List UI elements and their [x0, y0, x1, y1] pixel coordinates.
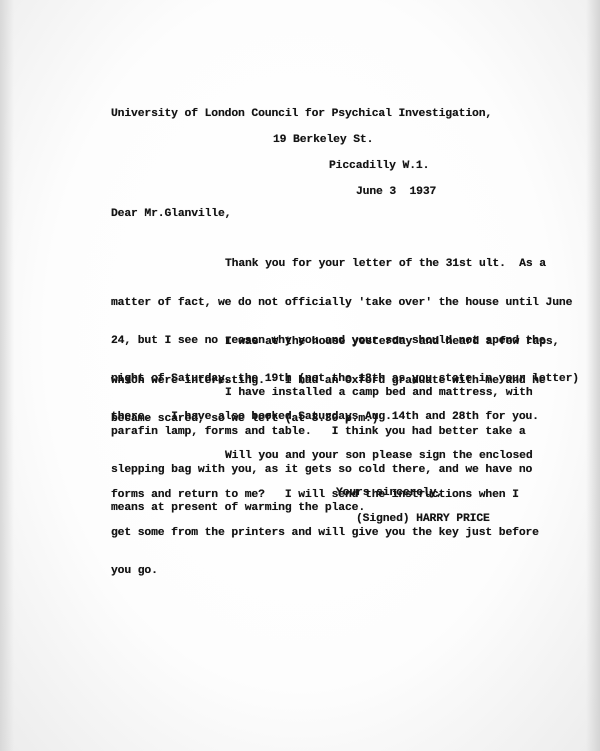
paragraph-line: Thank you for your letter of the 31st ul…: [111, 258, 579, 271]
paragraph-line: matter of fact, we do not officially 'ta…: [111, 297, 579, 310]
paragraph-line: I was at the house yesterday and heard a…: [111, 336, 559, 349]
letter-date: June 3 1937: [356, 186, 436, 199]
signature: (Signed) HARRY PRICE: [356, 513, 490, 526]
paragraph-line: forms and return to me? I will send the …: [111, 489, 539, 502]
closing: Yours sincerely,: [336, 487, 443, 500]
paragraph-line: you go.: [111, 565, 539, 578]
paragraph-line: get some from the printers and will give…: [111, 527, 539, 540]
letterhead-organisation: University of London Council for Psychic…: [111, 108, 492, 121]
paragraph-line: I have installed a camp bed and mattress…: [111, 387, 533, 400]
page-edge-shadow-left: [0, 0, 14, 751]
address-district: Piccadilly W.1.: [329, 160, 429, 173]
letter-page: University of London Council for Psychic…: [0, 0, 600, 751]
address-street: 19 Berkeley St.: [273, 134, 373, 147]
salutation: Dear Mr.Glanville,: [111, 208, 231, 221]
page-edge-shadow-right: [586, 0, 600, 751]
paragraph-line: Will you and your son please sign the en…: [111, 450, 539, 463]
